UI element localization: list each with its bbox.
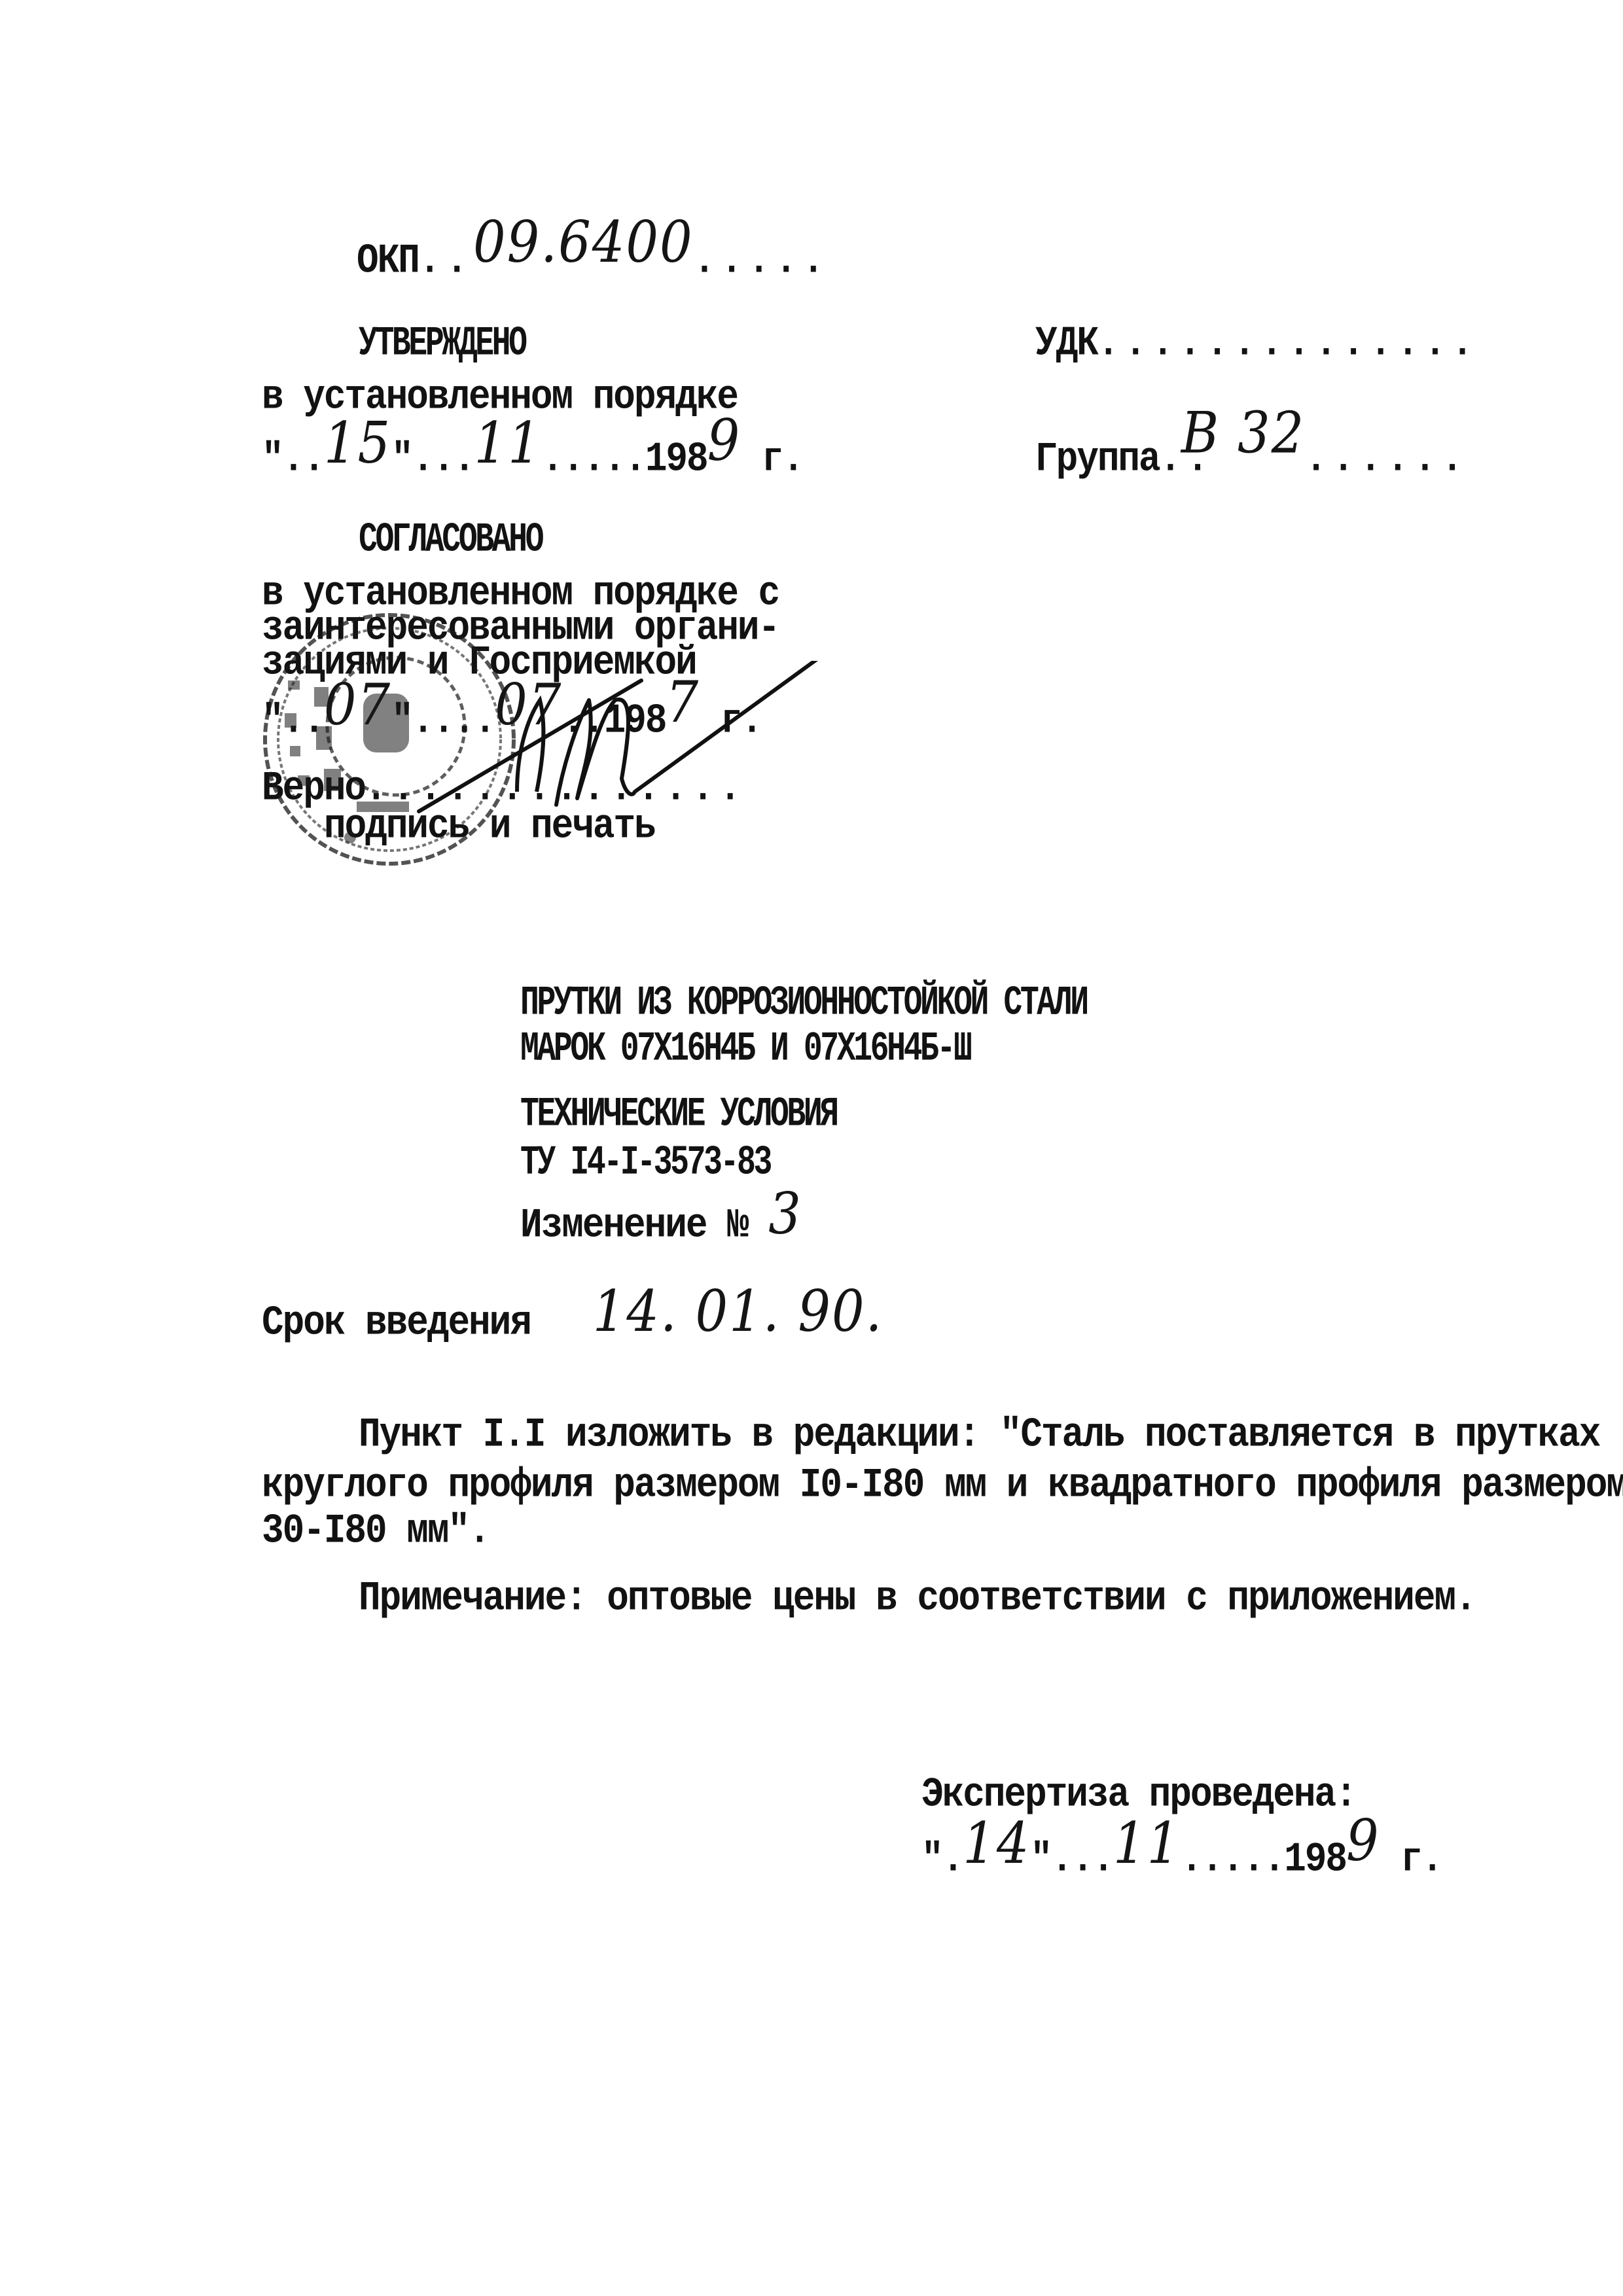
dot-leader: .....	[694, 238, 830, 285]
okp-line: ОКП..09.6400.....	[357, 224, 830, 281]
okp-label: ОКП	[357, 238, 419, 285]
paragraph-line-3: 30-I80 мм".	[262, 1510, 490, 1551]
title-line-2: МАРОК 07Х16Н4Б И 07Х16Н4Б-Ш	[520, 1028, 970, 1069]
group-value: В 32	[1181, 400, 1305, 467]
change-label: Изменение №	[520, 1202, 748, 1249]
dot-leader: .....	[1181, 1836, 1284, 1883]
dot-leader: ..............	[1097, 320, 1478, 367]
quote-mark: ".	[921, 1836, 963, 1883]
expertise-month: 11	[1113, 1811, 1181, 1877]
okp-value: 09.6400	[473, 209, 694, 275]
document-page: ОКП..09.6400..... УТВЕРЖДЕНО в установле…	[0, 0, 1623, 2296]
title-line-1: ПРУТКИ ИЗ КОРРОЗИОННОСТОЙКОЙ СТАЛИ	[520, 982, 1087, 1023]
dot-leader: ......	[1305, 436, 1469, 483]
effective-label: Срок введения	[262, 1299, 531, 1347]
udk-line: УДК..............	[1035, 323, 1478, 364]
approved-date: "..15"...11.....1989 г.	[262, 423, 803, 480]
expertise-date: ".14"...11.....1989 г.	[921, 1823, 1442, 1880]
handwritten-signature-icon	[406, 661, 864, 818]
spacer	[741, 436, 762, 483]
doc-number: ТУ I4-I-3573-83	[520, 1142, 770, 1183]
effective-line: Срок введения 14. 01. 90.	[262, 1286, 883, 1343]
agreed-title: СОГЛАСОВАНО	[359, 519, 542, 560]
spacer	[1380, 1836, 1401, 1883]
group-line: Группа..В 32......	[1035, 423, 1469, 480]
expertise-day: 14	[963, 1811, 1030, 1877]
approved-year-suffix: г.	[762, 436, 803, 483]
udk-label: УДК	[1035, 320, 1097, 367]
doc-type: ТЕХНИЧЕСКИЕ УСЛОВИЯ	[520, 1093, 837, 1135]
group-label: Группа	[1035, 436, 1160, 483]
quote-mark: "...	[391, 436, 474, 483]
quote-mark: "..	[262, 436, 324, 483]
paragraph-line-1: Пункт I.I изложить в редакции: "Сталь по…	[359, 1414, 1599, 1455]
approved-year-digit: 9	[707, 408, 741, 474]
approved-month: 11	[474, 411, 542, 477]
spacer	[531, 1299, 593, 1347]
expertise-year-suffix: г.	[1400, 1836, 1442, 1883]
change-number: 3	[768, 1181, 802, 1247]
note-line: Примечание: оптовые цены в соответствии …	[359, 1578, 1476, 1619]
dot-leader: ..	[419, 238, 473, 285]
approved-day: 15	[324, 411, 391, 477]
expertise-label: Экспертиза проведена:	[921, 1774, 1356, 1815]
dot-leader: .....	[542, 436, 645, 483]
approved-year-prefix: 198	[645, 436, 707, 483]
paragraph-line-2: круглого профиля размером I0-I80 мм и кв…	[262, 1464, 1623, 1506]
effective-date: 14. 01. 90.	[593, 1279, 883, 1345]
expertise-year-digit: 9	[1346, 1808, 1380, 1874]
change-line: Изменение № 3	[520, 1189, 802, 1246]
spacer	[748, 1202, 769, 1249]
expertise-year-prefix: 198	[1284, 1836, 1346, 1883]
quote-mark: "...	[1030, 1836, 1113, 1883]
approved-title: УТВЕРЖДЕНО	[359, 323, 526, 364]
